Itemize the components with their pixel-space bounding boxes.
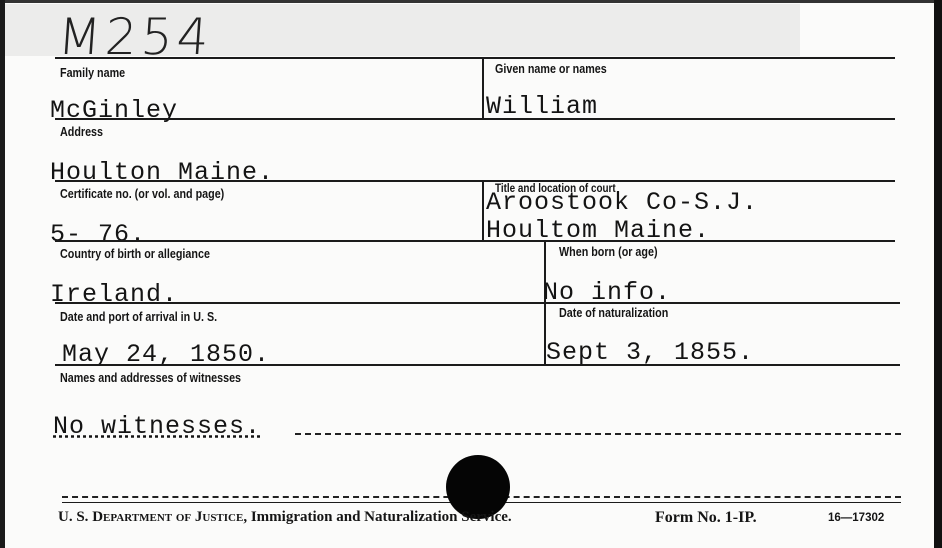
rule-row3 xyxy=(55,180,895,182)
rule-row1 xyxy=(55,57,895,59)
court-value-line1: Aroostook Co-S.J. xyxy=(486,190,758,215)
footer-code: 16—17302 xyxy=(828,512,884,524)
footer-department: U. S. Department of Justice, Immigration… xyxy=(58,509,512,526)
footer-form-number: Form No. 1-IP. xyxy=(655,509,757,527)
divider-given-name xyxy=(482,58,484,118)
divider-court xyxy=(482,181,484,241)
arrival-label: Date and port of arrival in U. S. xyxy=(60,310,217,324)
naturalization-value: Sept 3, 1855. xyxy=(546,340,754,365)
rule-row6 xyxy=(55,364,900,366)
witnesses-value: No witnesses. xyxy=(53,414,261,439)
file-number: M254 xyxy=(56,12,214,62)
naturalization-label: Date of naturalization xyxy=(559,306,668,320)
footer-service: , Immigration and Naturalization Service… xyxy=(243,509,511,525)
card-edge-top xyxy=(0,0,942,3)
rule-row2 xyxy=(55,118,895,120)
certificate-value: 5- 76. xyxy=(50,222,146,247)
country-label: Country of birth or allegiance xyxy=(60,247,210,261)
certificate-label: Certificate no. (or vol. and page) xyxy=(60,187,224,201)
when-born-label: When born (or age) xyxy=(559,245,658,259)
given-name-label: Given name or names xyxy=(495,62,607,76)
naturalization-index-card: M254 Family name McGinley Given name or … xyxy=(0,0,942,548)
footer-department-name: Department of Justice xyxy=(92,509,243,525)
address-label: Address xyxy=(60,125,103,139)
rule-row5 xyxy=(55,302,900,304)
card-edge-right xyxy=(934,0,942,548)
dashed-line-witnesses xyxy=(295,433,901,435)
footer-prefix: U. S. xyxy=(58,509,92,525)
rule-row4 xyxy=(55,240,895,242)
card-edge-left xyxy=(0,0,5,548)
given-name-value: William xyxy=(486,94,598,119)
family-name-label: Family name xyxy=(60,66,125,80)
witnesses-label: Names and addresses of witnesses xyxy=(60,371,241,385)
